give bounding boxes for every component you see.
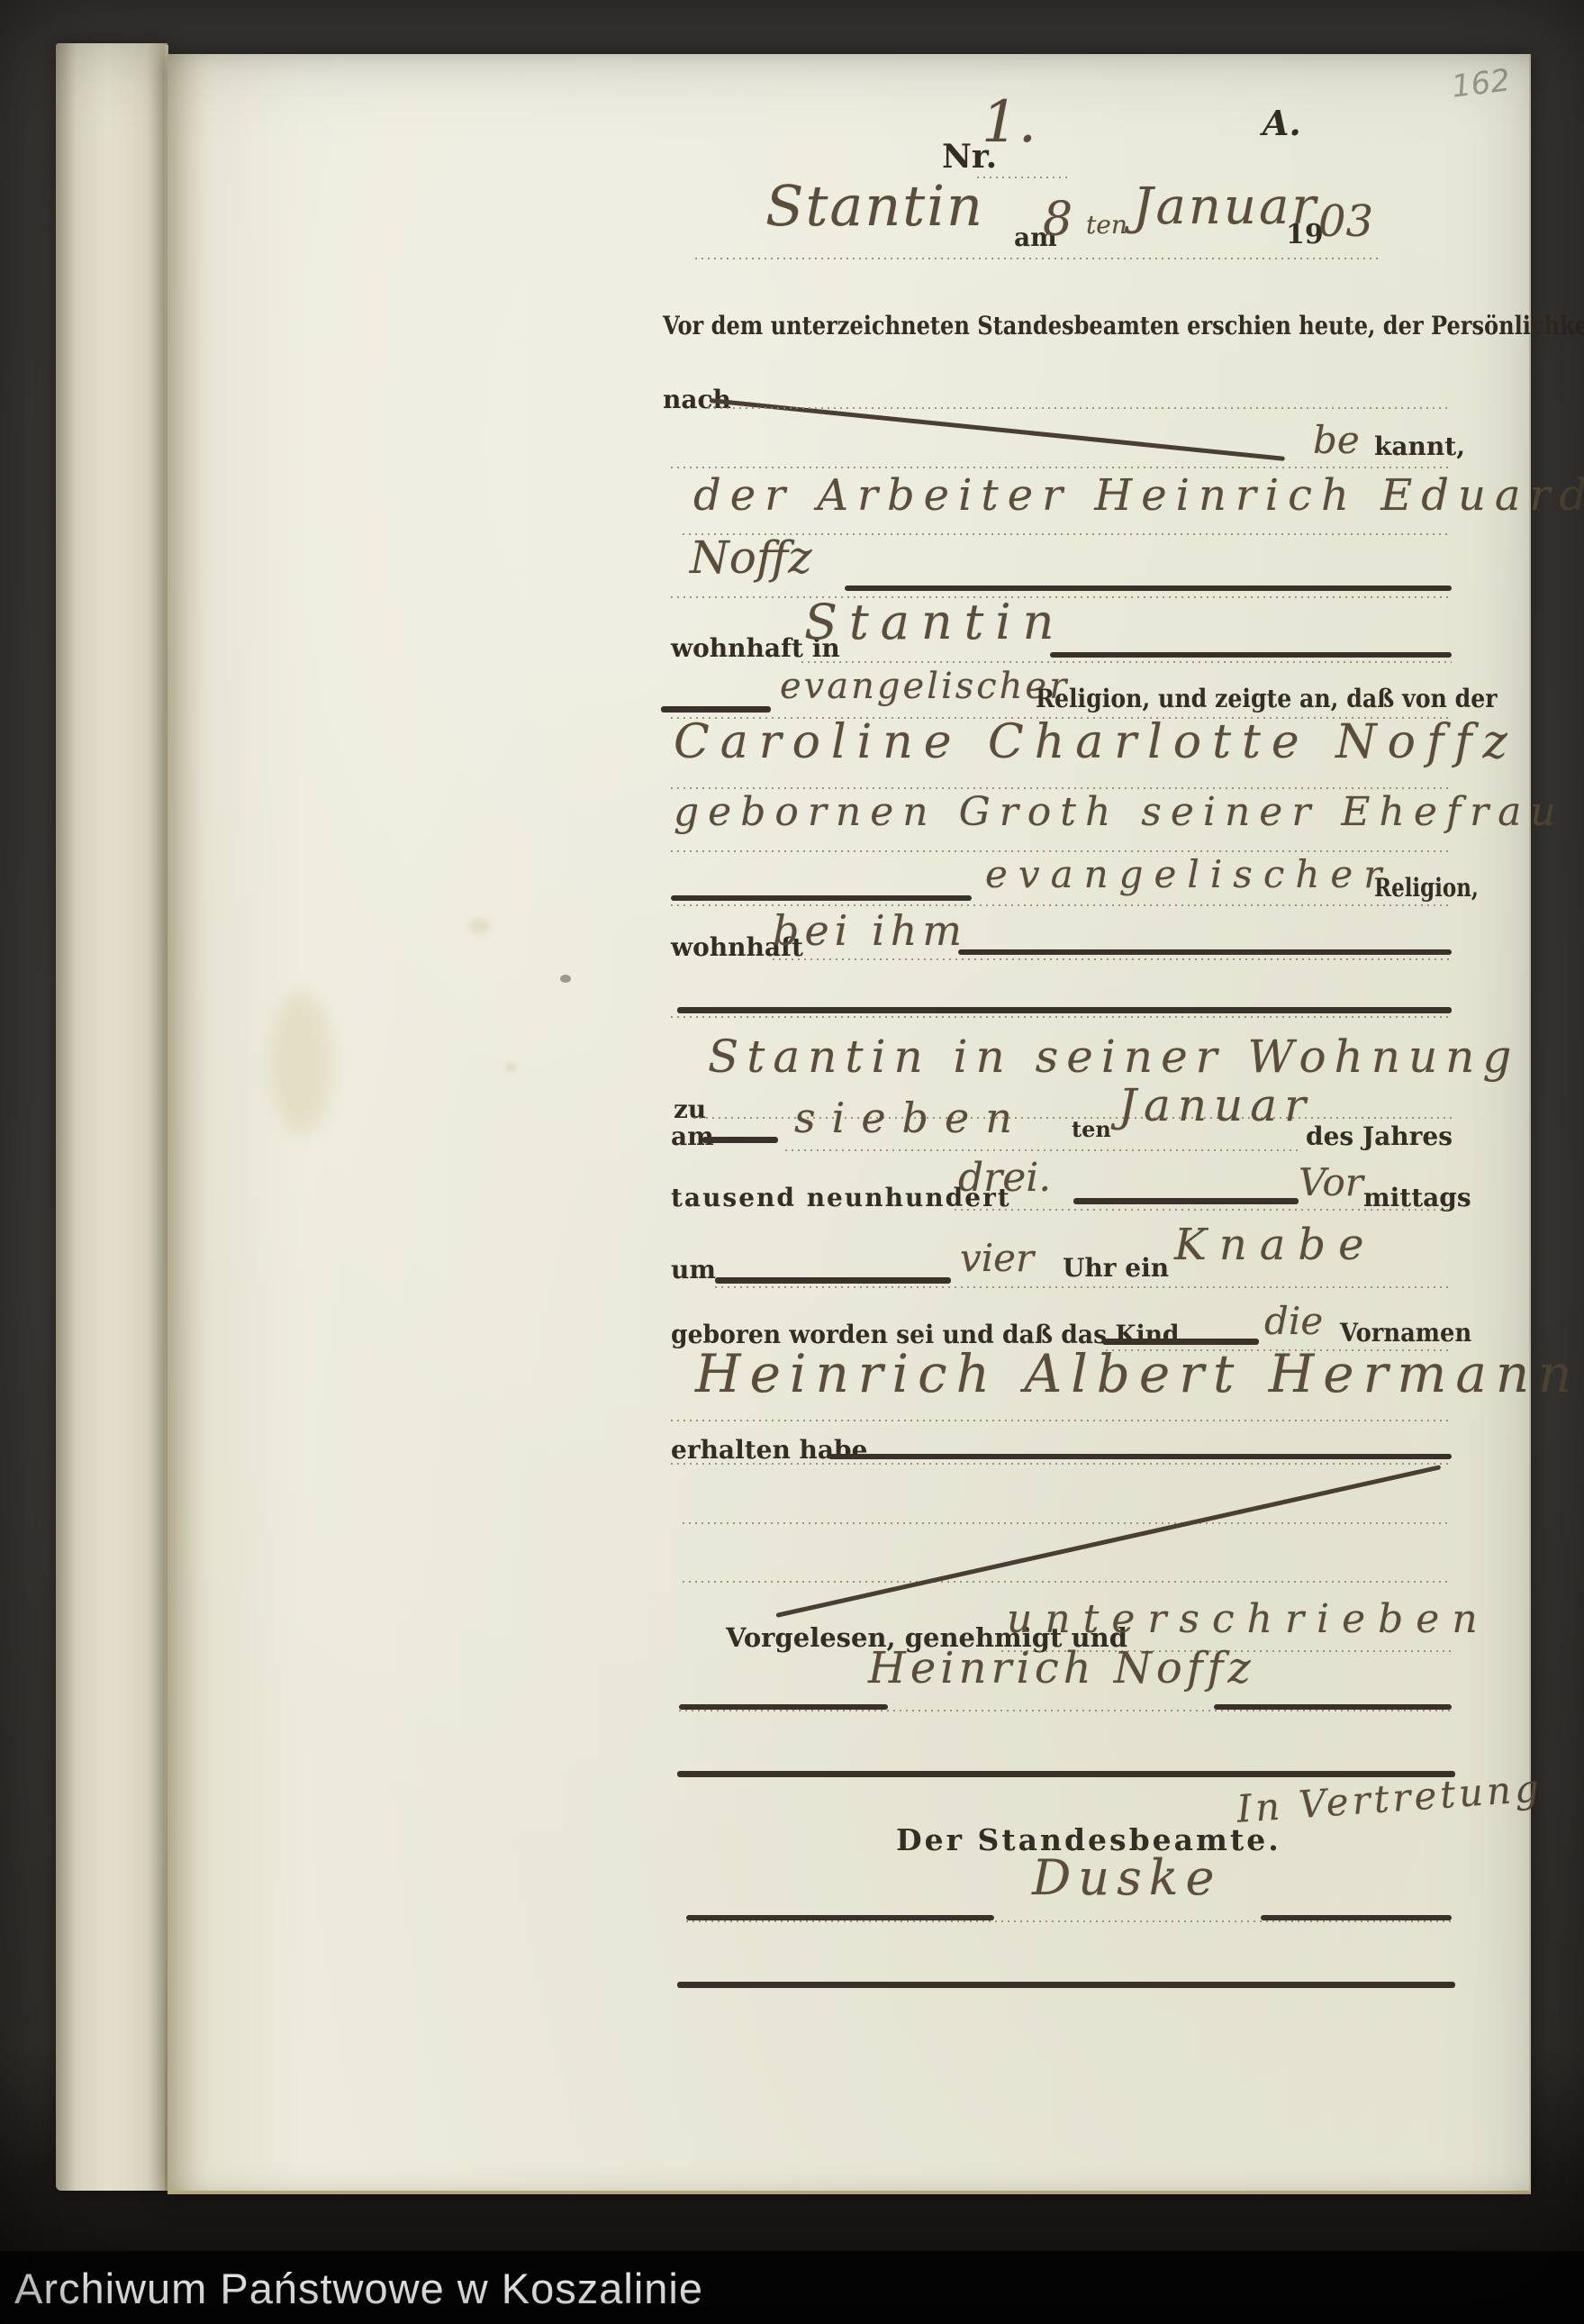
bold-fill-line (715, 1277, 951, 1284)
handwritten-mother-residence: bei ihm (773, 910, 967, 951)
handwritten-child-sex: Knabe (1174, 1223, 1377, 1266)
scanned-register-photo: 162 A. Nr. 1. Stantin am 8 ten Januar 19… (0, 0, 1584, 2324)
bold-fill-line (677, 1007, 1452, 1013)
handwritten-mother-maiden: gebornen Groth seiner Ehefrau (674, 793, 1565, 832)
handwritten-day: 8 (1043, 196, 1073, 243)
handwritten-mother-name: Caroline Charlotte Noffz (674, 719, 1518, 766)
handwritten-die-article: die (1264, 1303, 1323, 1340)
dotted-rule (679, 1710, 1452, 1711)
bold-fill-line (702, 1137, 778, 1143)
dotted-rule (977, 177, 1067, 178)
handwritten-birthplace: Stantin in seiner Wohnung (708, 1034, 1519, 1079)
handwritten-day-suffix: ten (1086, 213, 1127, 238)
bold-fill-line (845, 586, 1452, 591)
dotted-rule (683, 1581, 1452, 1583)
printed-uhr-ein-label: Uhr ein (1063, 1256, 1169, 1281)
dotted-rule (671, 1463, 1451, 1465)
handwritten-vormittags-prefix: Vor (1299, 1164, 1363, 1202)
handwritten-unterschrieben: unterschrieben (1007, 1600, 1490, 1639)
handwritten-birth-month: Januar (1118, 1083, 1313, 1128)
handwritten-religion-mother: evangelischer (985, 856, 1392, 894)
handwritten-declarant-line2: Noffz (690, 535, 812, 580)
dotted-rule (708, 407, 1450, 409)
handwritten-birth-day: sieben (794, 1097, 1028, 1139)
dotted-rule (695, 258, 1380, 259)
printed-bekannt-label: kannt, (1374, 434, 1465, 459)
handwritten-declarant-line1: der Arbeiter Heinrich Eduard (693, 474, 1584, 517)
printed-ten-label: ten (1072, 1119, 1111, 1140)
printed-religion2-label: Religion, (1374, 876, 1479, 901)
bold-fill-line (677, 1771, 1455, 1777)
bold-fill-line (1073, 1198, 1299, 1204)
handwritten-residence: Stantin (804, 598, 1065, 647)
pencil-page-number: 162 (1450, 65, 1512, 103)
handwritten-child-names: Heinrich Albert Hermann (695, 1348, 1581, 1400)
printed-um-label: um (671, 1257, 716, 1283)
dotted-rule (773, 958, 1452, 960)
handwritten-religion-declarant: evangelischer (780, 668, 1069, 704)
printed-mittags-label: mittags (1363, 1185, 1471, 1211)
dotted-rule (785, 1149, 1299, 1151)
signature-registrar: Duske (1032, 1854, 1221, 1902)
watermark-text: Archiwum Państwowe w Koszalinie (14, 2264, 703, 2313)
dotted-rule (671, 1016, 1451, 1018)
bold-fill-line (661, 706, 771, 713)
handwritten-birth-year: drei. (958, 1158, 1051, 1198)
handwritten-bekannt-prefix: be (1313, 422, 1360, 459)
printed-religion-zeigte-label: Religion, und zeigte an, daß von der (1036, 686, 1498, 712)
handwritten-record-number: 1. (982, 94, 1036, 151)
dotted-rule (686, 1920, 1452, 1922)
handwritten-registration-place: Stantin (765, 178, 984, 234)
bold-fill-line (958, 949, 1452, 955)
handwritten-year: 03 (1318, 200, 1373, 243)
bold-fill-line (671, 895, 972, 901)
bold-fill-line (828, 1454, 1452, 1459)
handwritten-birth-hour: vier (960, 1239, 1034, 1277)
dotted-rule (955, 1209, 1452, 1211)
dotted-rule (671, 1420, 1451, 1421)
dotted-rule (715, 1286, 1452, 1288)
previous-page-edge (56, 43, 167, 2191)
dotted-rule (671, 467, 1451, 468)
corner-letter: A. (1263, 106, 1301, 141)
printed-des-jahres-label: des Jahres (1306, 1124, 1453, 1149)
printed-vornamen-label: Vornamen (1340, 1321, 1471, 1346)
bold-fill-line (677, 1982, 1455, 1988)
signature-declarant: Heinrich Noffz (868, 1647, 1255, 1690)
watermark-band: Archiwum Państwowe w Koszalinie (0, 2251, 1584, 2324)
dotted-rule (683, 1522, 1452, 1524)
dotted-rule (801, 661, 1452, 663)
bold-fill-line (1050, 652, 1452, 658)
printed-intro-line: Vor dem unterzeichneten Standesbeamten e… (663, 313, 1584, 339)
